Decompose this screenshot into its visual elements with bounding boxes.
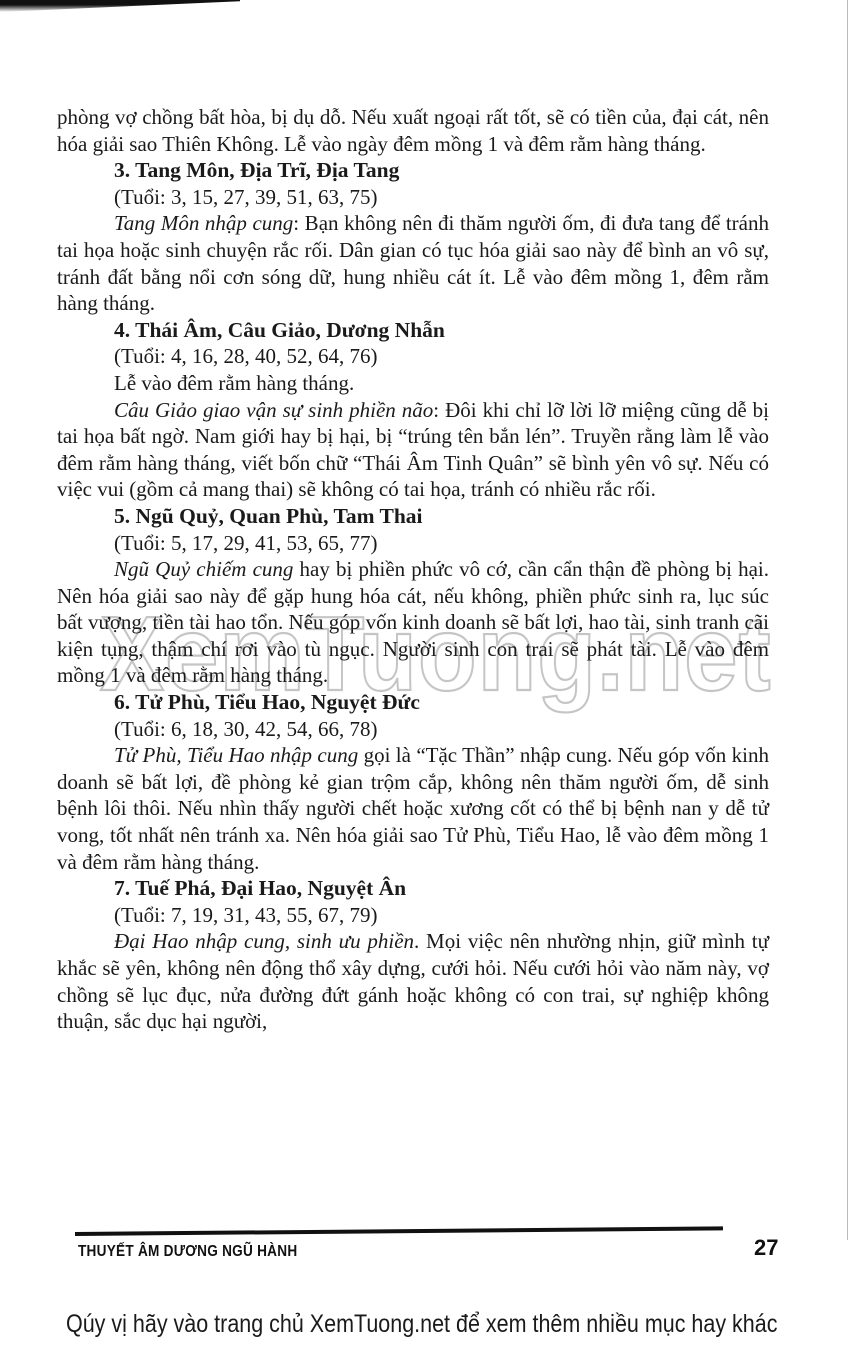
- running-footer-title: THUYẾT ÂM DƯƠNG NGŨ HÀNH: [78, 1243, 297, 1261]
- lead-italic: Câu Giảo giao vận sự sinh phiền não: [114, 398, 433, 422]
- section-ages: (Tuổi: 6, 18, 30, 42, 54, 66, 78): [57, 716, 769, 743]
- section-heading: 5. Ngũ Quỷ, Quan Phù, Tam Thai: [57, 503, 769, 530]
- section-ages: (Tuổi: 4, 16, 28, 40, 52, 64, 76): [57, 343, 769, 370]
- page-edge: [847, 0, 848, 1240]
- section-4: 4. Thái Âm, Câu Giảo, Dương Nhẫn (Tuổi: …: [57, 317, 769, 503]
- scan-edge-shadow: [0, 0, 240, 12]
- page-number: 27: [754, 1235, 778, 1261]
- lead-italic: Đại Hao nhập cung, sinh ưu phiền: [114, 929, 414, 953]
- section-ages: (Tuổi: 5, 17, 29, 41, 53, 65, 77): [57, 530, 769, 557]
- lead-italic: Ngũ Quỷ chiếm cung: [114, 557, 293, 581]
- lead-italic: Tử Phù, Tiểu Hao nhập cung: [114, 743, 358, 767]
- footer-rule: [75, 1226, 723, 1236]
- section-ages: (Tuổi: 3, 15, 27, 39, 51, 63, 75): [57, 184, 769, 211]
- section-paragraph: Tử Phù, Tiểu Hao nhập cung gọi là “Tặc T…: [57, 742, 769, 875]
- section-heading: 4. Thái Âm, Câu Giảo, Dương Nhẫn: [57, 317, 769, 344]
- intro-paragraph: phòng vợ chồng bất hòa, bị dụ dỗ. Nếu xu…: [57, 104, 769, 157]
- lead-italic: Tang Môn nhập cung: [114, 211, 293, 235]
- page-body: phòng vợ chồng bất hòa, bị dụ dỗ. Nếu xu…: [57, 104, 769, 1035]
- section-3: 3. Tang Môn, Địa Trĩ, Địa Tang (Tuổi: 3,…: [57, 157, 769, 317]
- section-heading: 7. Tuế Phá, Đại Hao, Nguyệt Ân: [57, 875, 769, 902]
- section-ages: (Tuổi: 7, 19, 31, 43, 55, 67, 79): [57, 902, 769, 929]
- section-7: 7. Tuế Phá, Đại Hao, Nguyệt Ân (Tuổi: 7,…: [57, 875, 769, 1035]
- section-6: 6. Tử Phù, Tiểu Hao, Nguyệt Đức (Tuổi: 6…: [57, 689, 769, 875]
- section-5: 5. Ngũ Quỷ, Quan Phù, Tam Thai (Tuổi: 5,…: [57, 503, 769, 689]
- site-promo-note: Qúy vị hãy vào trang chủ XemTuong.net để…: [66, 1310, 777, 1339]
- section-paragraph: Câu Giảo giao vận sự sinh phiền não: Đôi…: [57, 397, 769, 503]
- section-paragraph: Ngũ Quỷ chiếm cung hay bị phiền phức vô …: [57, 556, 769, 689]
- section-paragraph: Tang Môn nhập cung: Bạn không nên đi thă…: [57, 210, 769, 316]
- section-paragraph: Đại Hao nhập cung, sinh ưu phiền. Mọi vi…: [57, 928, 769, 1034]
- section-note: Lễ vào đêm rằm hàng tháng.: [57, 370, 769, 397]
- section-heading: 6. Tử Phù, Tiểu Hao, Nguyệt Đức: [57, 689, 769, 716]
- section-heading: 3. Tang Môn, Địa Trĩ, Địa Tang: [57, 157, 769, 184]
